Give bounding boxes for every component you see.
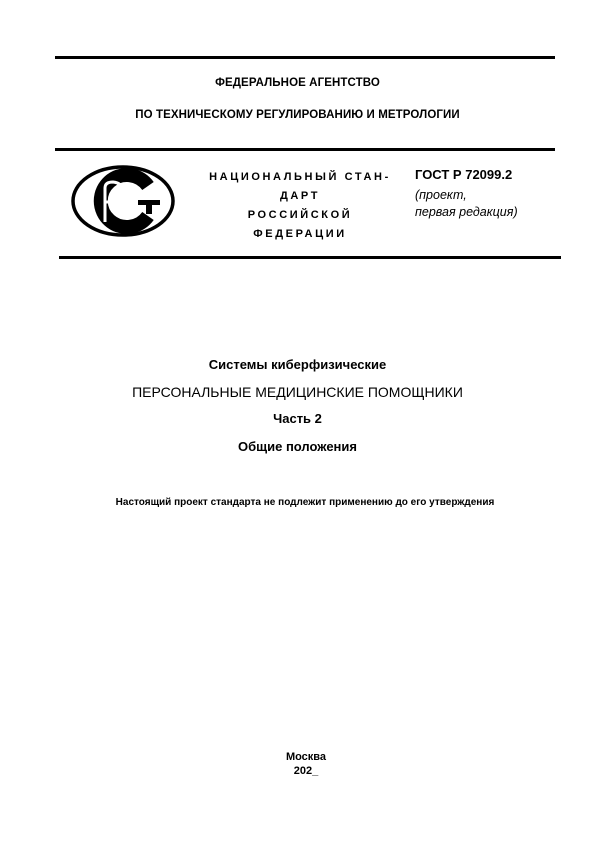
national-standard-line: НАЦИОНАЛЬНЫЙ СТАН- xyxy=(190,168,410,187)
gost-draft-note: (проект, первая редакция) xyxy=(415,187,518,221)
national-standard-line: РОССИЙСКОЙ xyxy=(190,206,410,225)
header-rule xyxy=(55,148,555,151)
top-rule xyxy=(55,56,555,59)
national-standard-line: ФЕДЕРАЦИИ xyxy=(190,225,410,244)
city: Москва xyxy=(0,751,595,763)
gost-number: ГОСТ Р 72099.2 xyxy=(415,167,512,182)
title-line2: ПЕРСОНАЛЬНЫЕ МЕДИЦИНСКИЕ ПОМОЩНИКИ xyxy=(0,384,595,400)
gost-r-logo-icon xyxy=(68,162,180,240)
national-standard-label: НАЦИОНАЛЬНЫЙ СТАН- ДАРТ РОССИЙСКОЙ ФЕДЕР… xyxy=(190,168,410,244)
standard-block-rule xyxy=(59,256,561,259)
agency-name-line2: ПО ТЕХНИЧЕСКОМУ РЕГУЛИРОВАНИЮ И МЕТРОЛОГ… xyxy=(0,109,595,121)
gost-note-line: первая редакция) xyxy=(415,204,518,221)
draft-notice: Настоящий проект стандарта не подлежит п… xyxy=(0,497,595,508)
agency-name-line1: ФЕДЕРАЛЬНОЕ АГЕНТСТВО xyxy=(0,77,595,89)
year: 202_ xyxy=(0,765,595,777)
gost-note-line: (проект, xyxy=(415,187,518,204)
title-line1: Системы киберфизические xyxy=(0,357,595,372)
national-standard-line: ДАРТ xyxy=(190,187,410,206)
title-part: Часть 2 xyxy=(0,411,595,426)
title-subtitle: Общие положения xyxy=(0,439,595,454)
